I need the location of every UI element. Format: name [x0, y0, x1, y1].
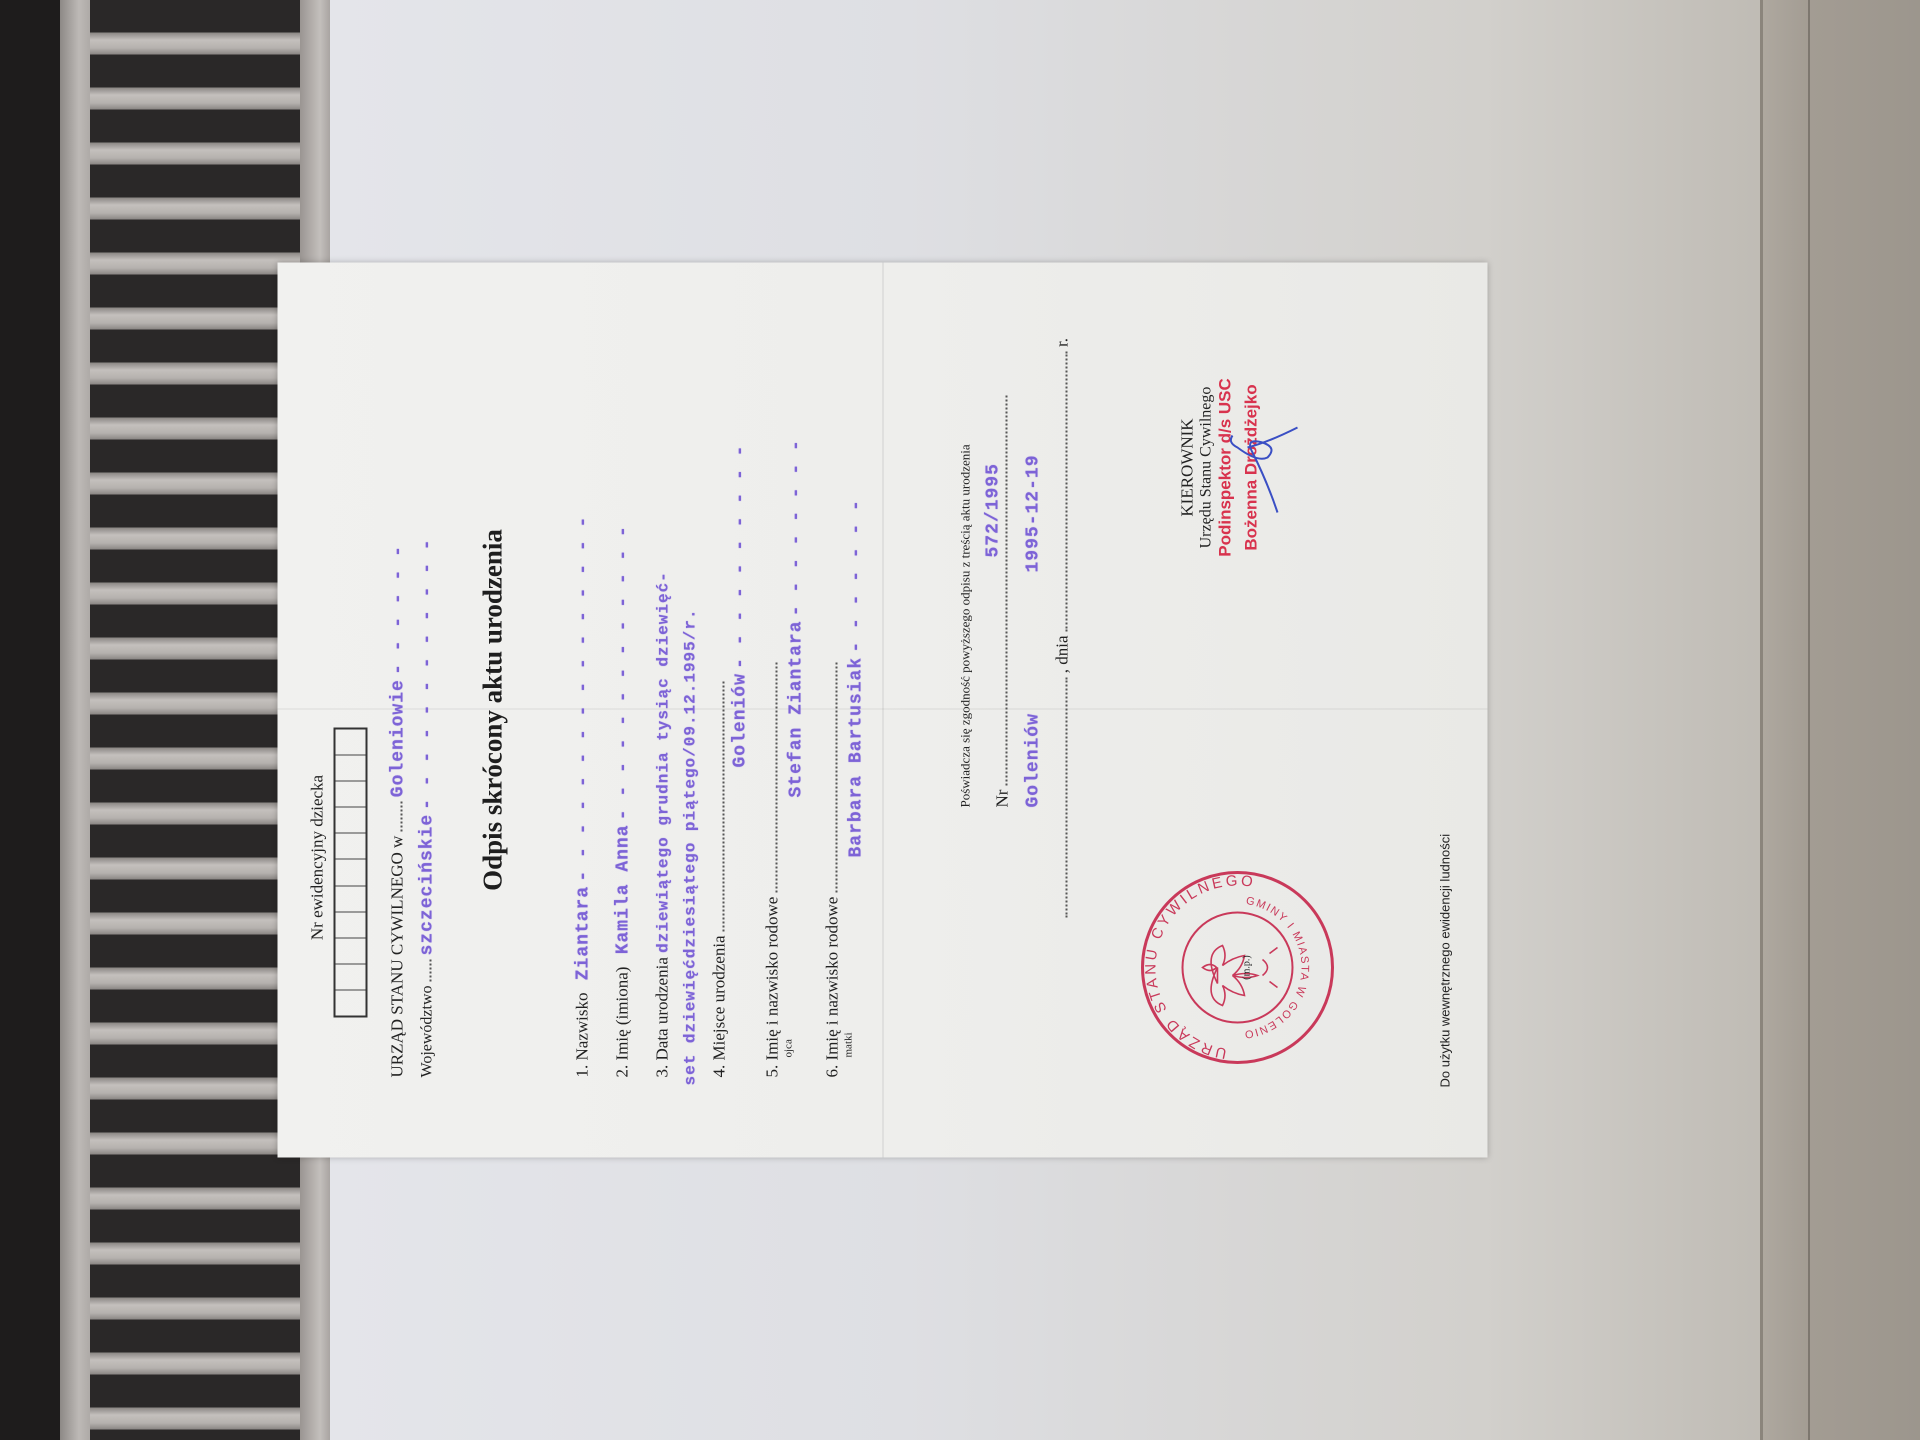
- registry-digit-box: [336, 755, 366, 781]
- registry-digit-box: [336, 989, 366, 1015]
- birth-date-value-continued: set dziewięćdziesiątego piątego/09.12.19…: [682, 608, 700, 1085]
- registry-digit-box: [336, 911, 366, 937]
- father-value: Stefan Ziantara: [787, 620, 807, 797]
- child-registry-label: Nr ewidencyjny dziecka: [308, 718, 328, 1018]
- field-mother: 6. Imię i nazwisko rodowe matki: [823, 662, 843, 1077]
- footer-note: Do użytku wewnętrznego ewidencji ludnośc…: [1438, 834, 1453, 1088]
- eagle-emblem-icon: [1203, 946, 1278, 1006]
- official-heading: KIEROWNIK: [1178, 318, 1198, 618]
- registry-digit-box: [336, 807, 366, 833]
- registry-digit-box: [336, 937, 366, 963]
- surname-value: Ziantara: [574, 886, 594, 980]
- registry-digit-box: [336, 859, 366, 885]
- day-label: dnia: [1053, 635, 1072, 664]
- official-subheading: Urzędu Stanu Cywilnego: [1198, 318, 1216, 618]
- birth-date-value: dziewiątego grudnia tysiąc dziewięć-: [655, 571, 673, 953]
- certificate-number-line: Nr: [993, 395, 1013, 807]
- registry-office-label: URZĄD STANU CYWILNEGO w: [388, 836, 407, 1078]
- field-birth-date: 3. Data urodzenia dziewiątego grudnia ty…: [653, 571, 673, 1077]
- certificate-number-value: 572/1995: [984, 463, 1004, 557]
- official-round-stamp: URZĄD STANU CYWILNEGO GMINY I MIASTA W G…: [1138, 868, 1338, 1068]
- signature: [1218, 398, 1308, 518]
- svg-text:(m.p.): (m.p.): [1242, 955, 1253, 979]
- registry-office-line: URZĄD STANU CYWILNEGO w Goleniowie - - -…: [388, 545, 409, 1077]
- field-given-names: 2. Imię (imiona) Kamila Anna - - - - - -…: [613, 525, 634, 1077]
- registry-office-value: Goleniowie: [389, 679, 409, 797]
- given-names-value: Kamila Anna: [614, 824, 634, 954]
- field-birth-date-continued: set dziewięćdziesiątego piątego/09.12.19…: [680, 608, 700, 1085]
- mother-value: Barbara Bartusiak: [847, 657, 867, 858]
- fold-line: [883, 263, 884, 1158]
- radiator-grille: [90, 0, 305, 1440]
- field-surname: 1. Nazwisko Ziantara - - - - - - - - - -…: [573, 516, 594, 1078]
- issue-date-value: 1995-12-19: [1024, 454, 1044, 572]
- registry-digit-box: [336, 833, 366, 859]
- registry-digit-box: [336, 885, 366, 911]
- child-registry-boxes: [334, 728, 368, 1018]
- date-line: , dnia r.: [1053, 338, 1073, 918]
- document-title: Odpis skrócony aktu urodzenia: [478, 263, 509, 1158]
- registry-digit-box: [336, 729, 366, 754]
- child-registry-number: Nr ewidencyjny dziecka: [308, 718, 368, 1018]
- registry-digit-box: [336, 963, 366, 989]
- field-father: 5. Imię i nazwisko rodowe ojca: [763, 662, 783, 1077]
- voivodeship-line: Województwo szczecińskie - - - - - - - -…: [418, 538, 438, 1077]
- field-birth-place: 4. Miejsce urodzenia: [710, 681, 730, 1077]
- wall-ledge: [1760, 0, 1920, 1440]
- birth-certificate: Nr ewidencyjny dziecka URZĄD STANU CYWIL…: [278, 263, 1488, 1158]
- certification-statement: Poświadcza się zgodność powyższego odpis…: [958, 444, 974, 807]
- voivodeship-value: szczecińskie: [418, 814, 438, 956]
- fold-line: [278, 709, 1488, 710]
- birth-place-value: Goleniów: [731, 673, 751, 767]
- registry-digit-box: [336, 781, 366, 807]
- document-photo: Nr ewidencyjny dziecka URZĄD STANU CYWIL…: [278, 262, 1488, 1157]
- issue-place-value: Goleniów: [1024, 713, 1044, 807]
- voivodeship-label: Województwo: [419, 985, 436, 1077]
